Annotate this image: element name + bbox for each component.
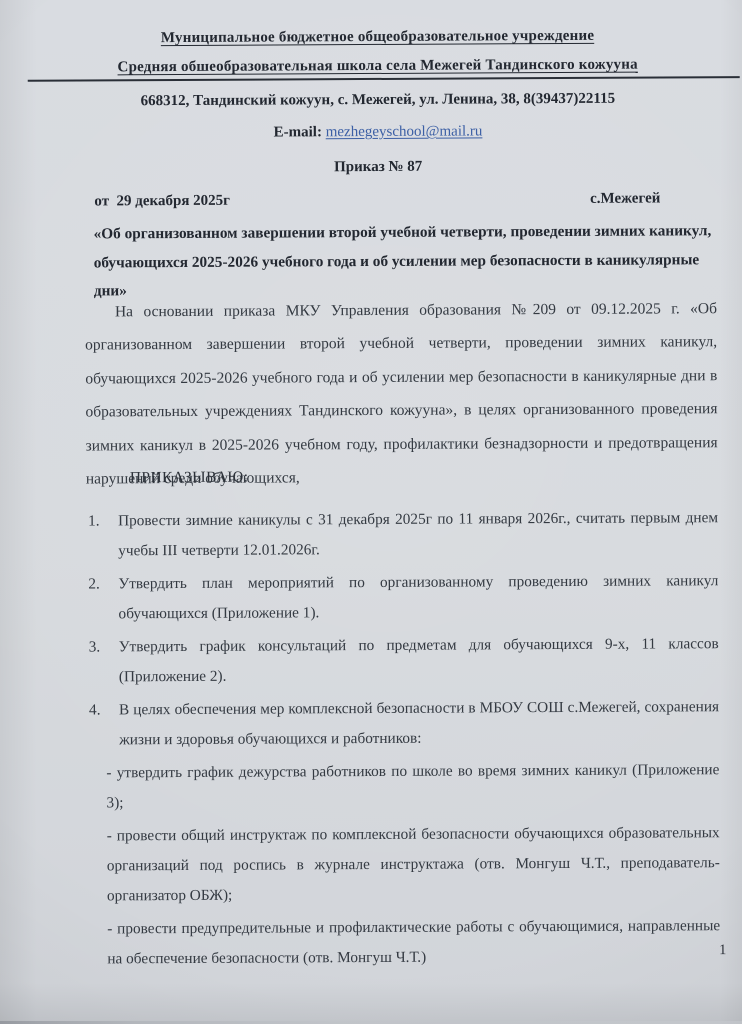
order-title: Приказ № 87 [28,157,728,178]
org-name-line2: Средняя обшеобразовательная школа села М… [28,56,728,77]
item-number: 1. [86,506,118,566]
page-number: 1 [702,942,726,959]
document-content: Муниципальное бюджетное общеобразователь… [0,0,742,1024]
order-date: от 29 декабря 2025г [84,193,230,211]
order-place: с.Межегей [590,190,716,208]
list-item: 2. Утвердить план мероприятий по организ… [86,566,718,629]
item-text: Провести зимние каникулы с 31 декабря 20… [118,503,718,566]
list-item: 4. В целях обеспечения мер комплексной б… [87,692,719,755]
item-number: 4. [87,695,119,755]
email-link[interactable]: mezhegeyschool@mail.ru [326,123,483,140]
header-divider [28,76,740,82]
list-item: 1. Провести зимние каникулы с 31 декабря… [86,503,718,566]
scanned-document-page: Муниципальное бюджетное общеобразователь… [0,0,742,1024]
decree-word: ПРИКАЗЫВАЮ: [130,469,249,488]
item-text: Утвердить график консультаций по предмет… [119,629,719,692]
date-place-row: от 29 декабря 2025г с.Межегей [84,190,716,210]
list-subitem: - утвердить график дежурства работников … [106,755,719,818]
item-text: Утвердить план мероприятий по организова… [118,566,718,629]
org-name-line1: Муниципальное бюджетное общеобразователь… [27,27,727,48]
item-number: 3. [87,632,119,692]
list-subitem: - провести предупредительные и профилакт… [107,911,720,974]
email-label: E-mail: [274,124,322,140]
email-row: E-mail: mezhegeyschool@mail.ru [28,122,728,143]
item-text: В целях обеспечения мер комплексной безо… [119,692,719,755]
item-number: 2. [86,569,118,629]
list-item: 3. Утвердить график консультаций по пред… [87,629,719,692]
org-address: 668312, Тандинский кожуун, с. Межегей, у… [28,90,728,111]
order-items-list: 1. Провести зимние каникулы с 31 декабря… [86,503,720,977]
list-subitem: - провести общий инструктаж по комплексн… [107,818,720,911]
order-preamble: На основании приказа МКУ Управления обра… [85,292,718,496]
